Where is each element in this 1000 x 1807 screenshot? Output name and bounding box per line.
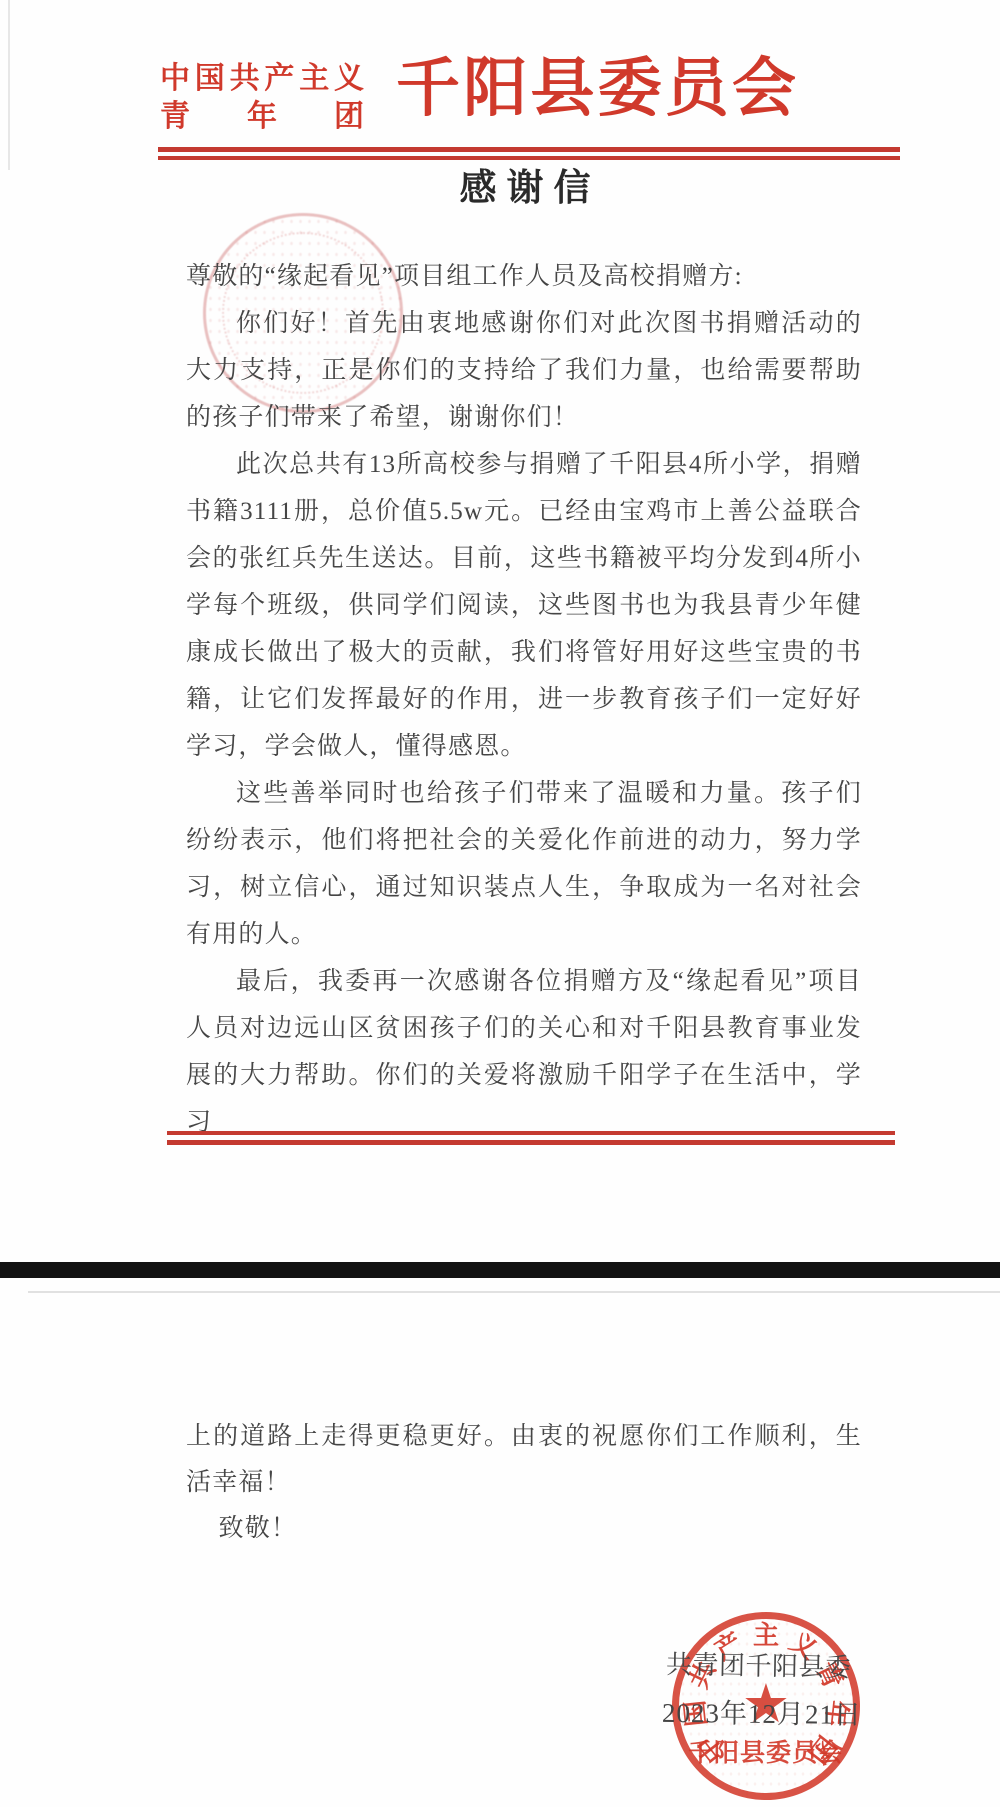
signature-block: 中国共产主义青年团 ★ 千阳县委员会 共青团千阳县委 2023年12月21日 xyxy=(0,1278,1000,1807)
body-paragraph: 这些善举同时也给孩子们带来了温暖和力量。孩子们纷纷表示，他们将把社会的关爱化作前… xyxy=(186,770,862,958)
letter-body: 尊敬的“缘起看见”项目组工作人员及高校捐赠方: 你们好！首先由衷地感谢你们对此次… xyxy=(186,253,862,1146)
letterhead-org-small: 中国共产主义 青年团 xyxy=(160,60,364,136)
letterhead-org-small-line2: 青年团 xyxy=(160,98,364,136)
letter-page-2: 上的道路上走得更稳更好。由衷的祝愿你们工作顺利，生活幸福！ 致敬！ 中国共产主义… xyxy=(0,1278,1000,1807)
page-separator-band xyxy=(0,1262,1000,1278)
body-paragraph: 你们好！首先由衷地感谢你们对此次图书捐赠活动的大力支持，正是你们的支持给了我们力… xyxy=(186,300,862,441)
body-paragraph: 最后，我委再一次感谢各位捐赠方及“缘起看见”项目人员对边远山区贫困孩子们的关心和… xyxy=(186,958,862,1146)
body-paragraph: 此次总共有13所高校参与捐赠了千阳县4所小学，捐赠书籍3111册，总价值5.5w… xyxy=(186,441,862,770)
page-footer-rule xyxy=(167,1131,895,1145)
scanned-letter: 中国共产主义 青年团 千阳县委员会 感谢信 尊敬的“缘起看见”项目组工作人员及高… xyxy=(0,0,1000,1807)
seal-bottom-text: 千阳县委员会 xyxy=(679,1733,853,1769)
signature-line: 共青团千阳县委 xyxy=(666,1644,887,1685)
letter-page-1: 中国共产主义 青年团 千阳县委员会 感谢信 尊敬的“缘起看见”项目组工作人员及高… xyxy=(0,0,1000,1262)
letterhead-org-small-line1: 中国共产主义 xyxy=(160,60,364,98)
salutation-line: 尊敬的“缘起看见”项目组工作人员及高校捐赠方: xyxy=(186,253,862,300)
scan-edge-artifact xyxy=(8,0,10,170)
letterhead-org-large: 千阳县委员会 xyxy=(396,48,796,130)
date-line: 2023年12月21日 xyxy=(662,1691,882,1732)
letter-title: 感谢信 xyxy=(160,157,900,211)
